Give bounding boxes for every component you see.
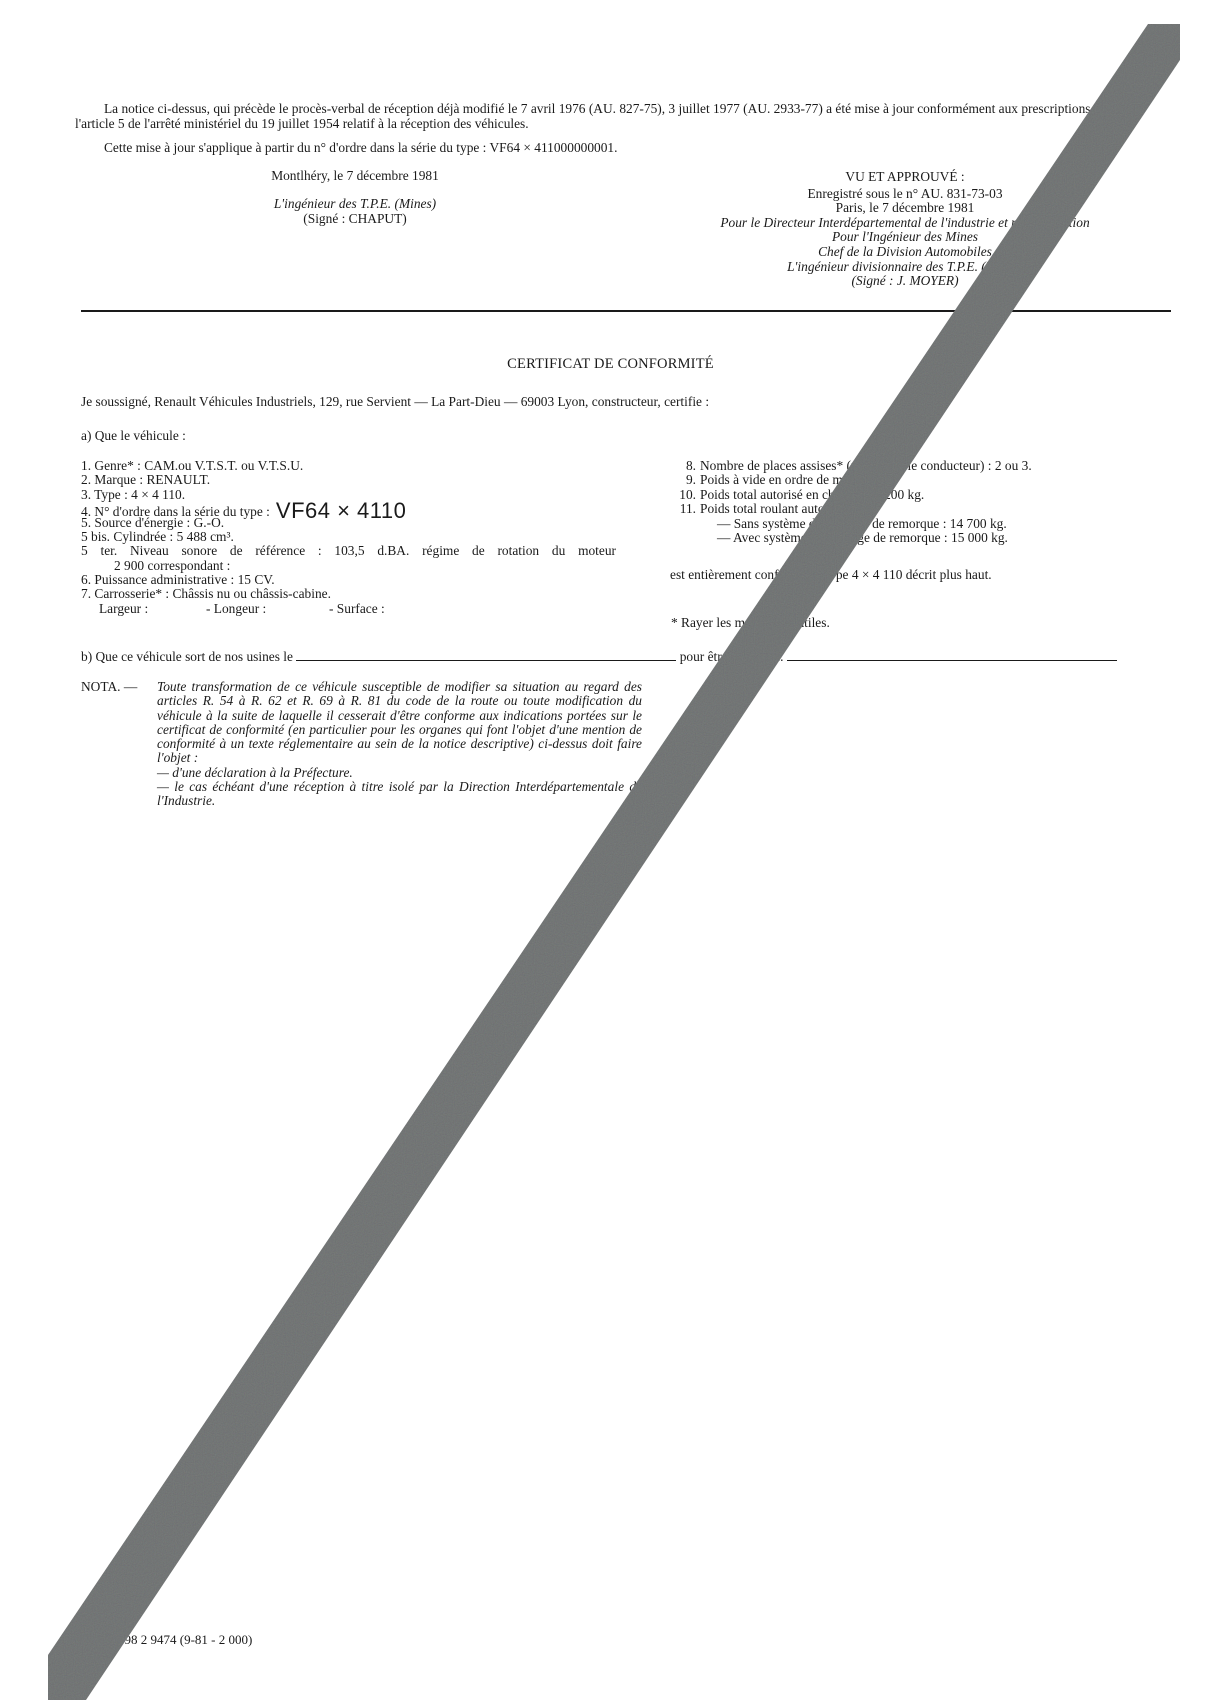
conformity-statement: est entièrement conforme au type 4 × 4 1… xyxy=(670,567,992,582)
right-signature-line: (Signé : J. MOYER) xyxy=(690,274,1120,289)
right-signature-line: Chef de la Division Automobiles xyxy=(690,245,1120,260)
certificate-title: CERTIFICAT DE CONFORMITÉ xyxy=(0,357,1221,372)
recipient-field[interactable] xyxy=(787,649,1117,661)
right-signature-line: VU ET APPROUVÉ : xyxy=(690,170,1120,185)
right-signature-line: Paris, le 7 décembre 1981 xyxy=(690,201,1120,216)
left-signer-title: L'ingénieur des T.P.E. (Mines) xyxy=(235,196,475,211)
item-with-trailer-brake: — Avec système de freinage de remorque :… xyxy=(672,531,1032,545)
certificate-intro: Je soussigné, Renault Véhicules Industri… xyxy=(81,394,709,409)
footnote: * Rayer les mentions inutiles. xyxy=(671,615,830,630)
notice-line-1: La notice ci-dessus, qui précède le proc… xyxy=(75,101,1195,116)
item-empty-weight: 9.Poids à vide en ordre de marche : xyxy=(672,473,1032,487)
surface-label: - Surface : xyxy=(329,602,385,616)
item-seats: 8.Nombre de places assises* (y compris l… xyxy=(672,459,1032,473)
vehicle-characteristics-left: 1. Genre* : CAM.ou V.T.S.T. ou V.T.S.U. … xyxy=(81,459,616,616)
right-signature-line: L'ingénieur divisionnaire des T.P.E. (Mi… xyxy=(690,260,1120,275)
right-signature-block: VU ET APPROUVÉ :Enregistré sous le n° AU… xyxy=(690,170,1120,289)
item-dimensions: Largeur :- Longeur :- Surface : xyxy=(81,602,616,616)
section-b-line: b) Que ce véhicule sort de nos usines le… xyxy=(81,649,1117,664)
notice-paragraph: La notice ci-dessus, qui précède le proc… xyxy=(75,101,1195,131)
update-line: Cette mise à jour s'applique à partir du… xyxy=(104,140,617,155)
print-code: 49398 2 9474 (9-81 - 2 000) xyxy=(105,1632,252,1647)
width-label: Largeur : xyxy=(99,602,206,616)
left-signature-block: Montlhéry, le 7 décembre 1981 L'ingénieu… xyxy=(235,168,475,226)
item-genre: 1. Genre* : CAM.ou V.T.S.T. ou V.T.S.U. xyxy=(81,459,616,473)
item-noise-rpm: 2 900 correspondant : xyxy=(81,559,616,573)
item-power: 6. Puissance administrative : 15 CV. xyxy=(81,573,616,587)
nota-label: NOTA. — xyxy=(81,680,137,694)
nota-body: Toute transformation de ce véhicule susc… xyxy=(157,680,642,809)
item-body: 7. Carrosserie* : Châssis nu ou châssis-… xyxy=(81,587,616,601)
vehicle-characteristics-right: 8.Nombre de places assises* (y compris l… xyxy=(672,459,1032,545)
left-signed: (Signé : CHAPUT) xyxy=(235,211,475,226)
nota-text: Toute transformation de ce véhicule susc… xyxy=(157,680,642,766)
item-serial: 4. N° d'ordre dans la série du type :VF6… xyxy=(81,502,616,516)
exit-date-field[interactable] xyxy=(296,649,676,661)
item-marque: 2. Marque : RENAULT. xyxy=(81,473,616,487)
item-noise-level: 5 ter. Niveau sonore de référence : 103,… xyxy=(81,544,616,558)
horizontal-rule xyxy=(81,310,1171,312)
nota-bullet-prefecture: — d'une déclaration à la Préfecture. xyxy=(157,766,642,780)
section-b-prefix: b) Que ce véhicule sort de nos usines le xyxy=(81,649,293,664)
nota-bullet-isolated-reception: — le cas échéant d'une réception à titre… xyxy=(157,780,642,809)
length-label: - Longeur : xyxy=(206,602,329,616)
left-place-date: Montlhéry, le 7 décembre 1981 xyxy=(235,168,475,183)
notice-line-2: l'article 5 de l'arrêté ministériel du 1… xyxy=(75,116,1195,131)
right-signature-line: Pour l'Ingénieur des Mines xyxy=(690,230,1120,245)
item-gross-weight: 10.Poids total autorisé en charge : 11 2… xyxy=(672,488,1032,502)
right-signature-line: Enregistré sous le n° AU. 831-73-03 xyxy=(690,187,1120,202)
item-energy: 5. Source d'énergie : G.-O. xyxy=(81,516,616,530)
section-a-heading: a) Que le véhicule : xyxy=(81,428,186,443)
item-gross-combined-weight: 11.Poids total roulant autorisé* : xyxy=(672,502,1032,516)
right-signature-line: Pour le Directeur Interdépartemental de … xyxy=(690,216,1120,231)
section-b-middle: pour être livré à M. xyxy=(680,649,784,664)
item-displacement: 5 bis. Cylindrée : 5 488 cm³. xyxy=(81,530,616,544)
item-without-trailer-brake: — Sans système de freinage de remorque :… xyxy=(672,517,1032,531)
